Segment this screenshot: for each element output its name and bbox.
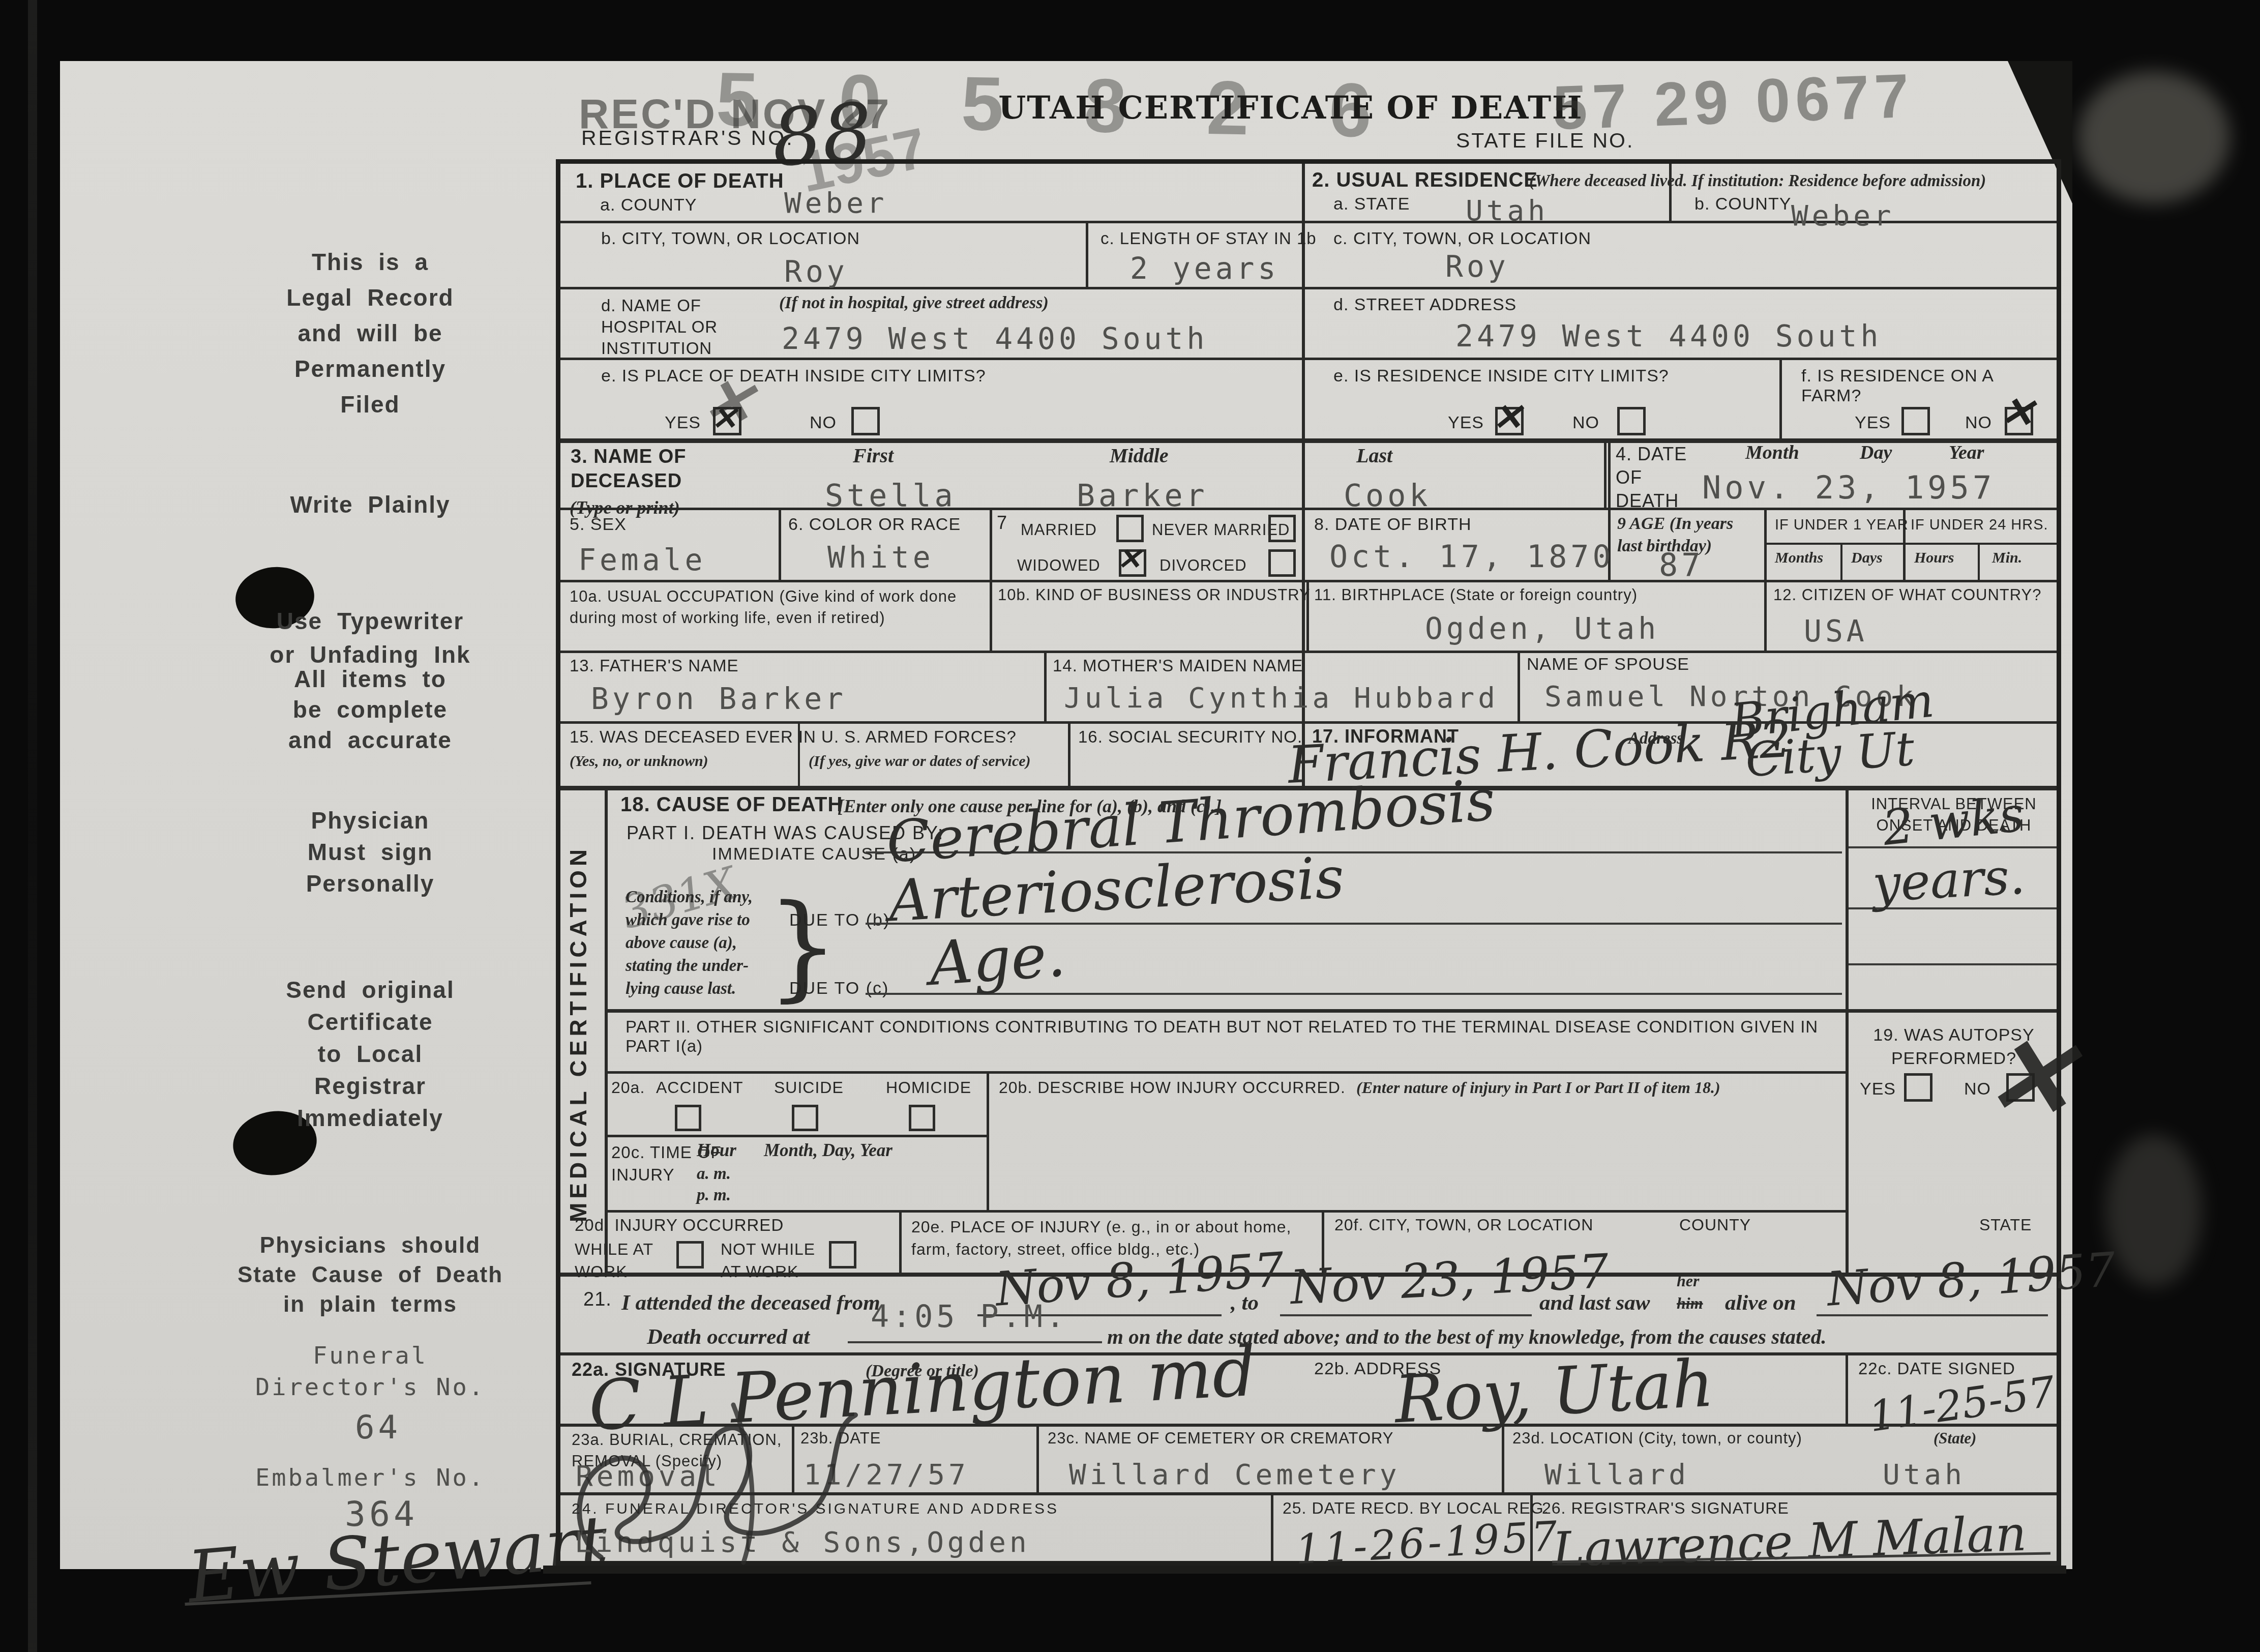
date-of-death-title: 4. DATE OF DEATH	[1616, 442, 1687, 513]
attended-text2: , to	[1231, 1290, 1259, 1315]
suicide-checkbox	[792, 1105, 818, 1131]
not-while-at-work-checkbox	[829, 1241, 856, 1268]
length-of-stay-value: 2 years	[1130, 251, 1279, 286]
injury-county-label: COUNTY	[1679, 1216, 1751, 1234]
death-city-limits-label: e. IS PLACE OF DEATH INSIDE CITY LIMITS?	[601, 366, 986, 386]
x-mark-icon: ✕	[1980, 1019, 2080, 1136]
mother-name-label: 14. MOTHER'S MAIDEN NAME	[1053, 656, 1303, 675]
homicide-checkbox	[909, 1105, 935, 1131]
months-label: Months	[1775, 549, 1823, 567]
describe-injury-label: 20b. DESCRIBE HOW INJURY OCCURRED.	[999, 1078, 1346, 1097]
hour-label: Hour	[697, 1140, 736, 1161]
residence-city-limits-label: e. IS RESIDENCE INSIDE CITY LIMITS?	[1333, 366, 1669, 386]
sex-label: 5. SEX	[570, 515, 627, 535]
homicide-label: HOMICIDE	[886, 1078, 971, 1097]
race-label: 6. COLOR OR RACE	[788, 515, 961, 535]
autopsy-yes-checkbox	[1904, 1073, 1932, 1102]
x-mark-icon: ✕	[1117, 544, 1142, 574]
injury-occurred-label: 20d. INJURY OCCURRED	[575, 1216, 784, 1235]
attended-text4: alive on	[1725, 1290, 1796, 1315]
injury-state-label: STATE	[1979, 1216, 2032, 1234]
death-limits-yes-label: YES	[665, 413, 701, 433]
margin-note-complete: All items to be complete and accurate	[187, 664, 553, 755]
street-address-value: 2479 West 4400 South	[1455, 319, 1882, 353]
farm-no-label: NO	[1965, 413, 1992, 433]
cemetery-state-value: Utah	[1883, 1458, 1966, 1491]
x-mark-icon: ✕	[699, 368, 758, 436]
due-to-c-label: DUE TO (c)	[789, 979, 889, 998]
attended-number: 21.	[583, 1289, 612, 1311]
accident-checkbox	[675, 1105, 701, 1131]
residence-limits-yes-label: YES	[1448, 413, 1484, 433]
due-to-b-label: DUE TO (b)	[789, 910, 890, 930]
informant-address-value2: City Ut	[1744, 722, 1916, 788]
film-edge-streak	[28, 0, 37, 1652]
hours-label: Hours	[1914, 549, 1954, 567]
while-at-work-label: WHILE AT WORK	[575, 1238, 653, 1283]
death-occurred-text: Death occurred at	[647, 1324, 810, 1349]
scanned-death-certificate: 5 0 5 8 2 6 REC'D NOV 27 1957 REGISTRAR'…	[0, 0, 2260, 1652]
hospital-label: d. NAME OF HOSPITAL OR INSTITUTION	[601, 295, 718, 359]
x-mark-icon: ✕	[1999, 390, 2037, 434]
certificate-form: 1. PLACE OF DEATH a. COUNTY Weber 2. USU…	[556, 159, 2061, 1566]
funeral-director-no-value: 64	[355, 1409, 401, 1447]
attended-text3: and last saw	[1539, 1290, 1650, 1315]
residence-county-label: b. COUNTY	[1694, 194, 1791, 214]
citizen-label: 12. CITIZEN OF WHAT COUNTRY?	[1773, 586, 2042, 604]
cause-of-death-title: 18. CAUSE OF DEATH	[620, 793, 843, 816]
length-of-stay-label: c. LENGTH OF STAY IN 1b	[1101, 229, 1317, 248]
county-of-death-label: a. COUNTY	[600, 195, 697, 215]
cemetery-location-label: 23d. LOCATION (City, town, or county)	[1512, 1429, 1802, 1448]
residence-state-label: a. STATE	[1333, 194, 1410, 214]
residence-city-label: c. CITY, TOWN, OR LOCATION	[1333, 229, 1591, 249]
state-file-value: 57 29 0677	[1552, 60, 1915, 144]
cemetery-location-value: Willard	[1544, 1458, 1689, 1491]
city-of-death-label: b. CITY, TOWN, OR LOCATION	[601, 229, 860, 249]
widowed-label: WIDOWED	[1017, 556, 1101, 575]
date-received-value: 11-26-1957	[1294, 1512, 1561, 1573]
autopsy-yes-label: YES	[1860, 1079, 1896, 1099]
citizen-value: USA	[1804, 614, 1868, 648]
am-label: a. m.	[697, 1165, 731, 1184]
bottom-double-rule	[543, 1566, 2066, 1574]
part2-label: PART II. OTHER SIGNIFICANT CONDITIONS CO…	[626, 1017, 1826, 1056]
married-checkbox	[1116, 515, 1144, 542]
days-label: Days	[1851, 549, 1883, 567]
suicide-label: SUICIDE	[774, 1078, 844, 1097]
death-month-label: Month	[1745, 441, 1799, 464]
funeral-director-signature	[540, 1384, 927, 1568]
birthplace-label: 11. BIRTHPLACE (State or foreign country…	[1314, 586, 1638, 604]
her-word: her	[1677, 1272, 1699, 1290]
death-limits-no-label: NO	[810, 413, 837, 433]
attended-date3: Nov 8, 1957	[1825, 1242, 2117, 1316]
conditions-note: Conditions, if any, which gave rise to a…	[626, 886, 753, 1000]
occupation-label: 10a. USUAL OCCUPATION (Give kind of work…	[570, 586, 957, 629]
residence-state-value: Utah	[1466, 194, 1549, 227]
accident-label: ACCIDENT	[656, 1078, 744, 1097]
death-time-value: 4:05 P.M.	[871, 1299, 1068, 1335]
scan-smudge	[2105, 1134, 2202, 1287]
date-of-birth-label: 8. DATE OF BIRTH	[1314, 515, 1471, 535]
usual-residence-title: 2. USUAL RESIDENCE	[1312, 169, 1538, 192]
scan-smudge	[2077, 71, 2230, 203]
him-word: him	[1677, 1294, 1703, 1313]
first-name-label: First	[853, 444, 894, 467]
cemetery-value: Willard Cemetery	[1069, 1458, 1400, 1491]
page-title: UTAH CERTIFICATE OF DEATH	[996, 89, 1586, 126]
month-day-year-label: Month, Day, Year	[764, 1140, 893, 1161]
hospital-value: 2479 West 4400 South	[782, 321, 1208, 356]
residence-limits-no-label: NO	[1572, 413, 1599, 433]
marital-status-label: 7	[997, 512, 1007, 534]
immediate-cause-label: IMMEDIATE CAUSE (a)	[712, 844, 916, 864]
race-value: White	[827, 540, 934, 575]
death-year-label: Year	[1949, 441, 1984, 464]
registrar-no-label: REGISTRAR'S NO.	[581, 126, 794, 150]
residence-limits-no-checkbox	[1617, 407, 1646, 435]
last-name-label: Last	[1356, 444, 1392, 467]
usual-residence-note: (Where deceased lived. If institution: R…	[1529, 172, 1986, 191]
embalmer-no-label: Embalmer's No.	[177, 1464, 563, 1492]
married-label: MARRIED	[1021, 521, 1097, 539]
margin-note-physician-sign: Physician Must sign Personally	[187, 805, 553, 899]
while-at-work-checkbox	[676, 1241, 704, 1268]
margin-note-legal-record: This is a Legal Record and will be Perma…	[187, 244, 553, 422]
ssn-label: 16. SOCIAL SECURITY NO.	[1078, 727, 1302, 747]
armed-forces-note2: (If yes, give war or dates of service)	[809, 753, 1031, 770]
middle-name-label: Middle	[1110, 444, 1169, 467]
county-of-death-value: Weber	[784, 187, 888, 220]
mother-name-value: Julia Cynthia Hubbard	[1064, 682, 1499, 715]
margin-note-send-original: Send original Certificate to Local Regis…	[187, 974, 553, 1134]
farm-yes-checkbox	[1901, 407, 1930, 435]
first-name-value: Stella	[825, 478, 957, 514]
pm-label: p. m.	[697, 1186, 731, 1205]
last-name-value: Cook	[1344, 478, 1432, 514]
residence-county-value: Weber	[1791, 199, 1895, 232]
age-value: 87	[1659, 546, 1704, 583]
if-under-24-hrs-label: IF UNDER 24 HRS.	[1911, 517, 2048, 534]
cemetery-label: 23c. NAME OF CEMETERY OR CREMATORY	[1048, 1429, 1394, 1448]
margin-note-write-plainly: Write Plainly	[187, 491, 553, 518]
sex-value: Female	[578, 543, 706, 577]
attended-text1: I attended the deceased from	[621, 1290, 880, 1315]
not-while-at-work-label: NOT WHILE AT WORK	[721, 1238, 815, 1283]
place-of-death-title: 1. PLACE OF DEATH	[576, 170, 784, 193]
date-of-birth-value: Oct. 17, 1870	[1329, 539, 1615, 575]
death-day-label: Day	[1860, 441, 1892, 464]
hospital-note: (If not in hospital, give street address…	[779, 293, 1049, 313]
medical-certification-vertical-label: MEDICAL CERTIFICATION	[564, 805, 592, 1262]
residence-city-value: Roy	[1445, 249, 1509, 284]
street-address-label: d. STREET ADDRESS	[1333, 295, 1516, 315]
funeral-director-no-label: Funeral Director's No.	[177, 1340, 563, 1403]
margin-note-typewriter: Use Typewriter or Unfading Ink	[187, 604, 553, 671]
registrar-signature-label: 26. REGISTRAR'S SIGNATURE	[1542, 1499, 1789, 1518]
x-mark-icon: ✕	[1492, 399, 1523, 435]
industry-label: 10b. KIND OF BUSINESS OR INDUSTRY	[998, 586, 1311, 604]
describe-injury-note: (Enter nature of injury in Part I or Par…	[1356, 1078, 1720, 1097]
birthplace-value: Ogden, Utah	[1425, 611, 1659, 646]
certificate-paper: 5 0 5 8 2 6 REC'D NOV 27 1957 REGISTRAR'…	[60, 61, 2072, 1569]
minutes-label: Min.	[1992, 549, 2022, 567]
due-to-c-value: Age.	[927, 920, 1068, 999]
city-of-death-value: Roy	[784, 254, 848, 289]
farm-yes-label: YES	[1855, 413, 1891, 433]
interval-b-value: years.	[1871, 847, 2027, 913]
margin-note-plain-terms: Physicians should State Cause of Death i…	[157, 1231, 584, 1319]
if-under-1-year-label: IF UNDER 1 YEAR	[1775, 517, 1909, 534]
state-note: (State)	[1934, 1429, 1976, 1448]
middle-name-value: Barker	[1077, 478, 1208, 514]
never-married-checkbox	[1268, 515, 1296, 542]
father-name-value: Byron Barker	[591, 682, 847, 716]
death-limits-no-checkbox	[851, 407, 880, 435]
father-name-label: 13. FATHER'S NAME	[570, 656, 739, 675]
divorced-checkbox	[1268, 549, 1296, 577]
divorced-label: DIVORCED	[1159, 556, 1247, 575]
injury-city-label: 20f. CITY, TOWN, OR LOCATION	[1334, 1216, 1593, 1234]
date-of-death-value: Nov. 23, 1957	[1702, 469, 1995, 506]
accident-section-label: 20a.	[611, 1078, 645, 1097]
name-of-deceased-title: 3. NAME OF DECEASED	[571, 445, 686, 493]
armed-forces-label: 15. WAS DECEASED EVER IN U. S. ARMED FOR…	[570, 727, 1017, 747]
armed-forces-note1: (Yes, no, or unknown)	[570, 753, 708, 770]
spouse-name-label: NAME OF SPOUSE	[1527, 655, 1689, 674]
